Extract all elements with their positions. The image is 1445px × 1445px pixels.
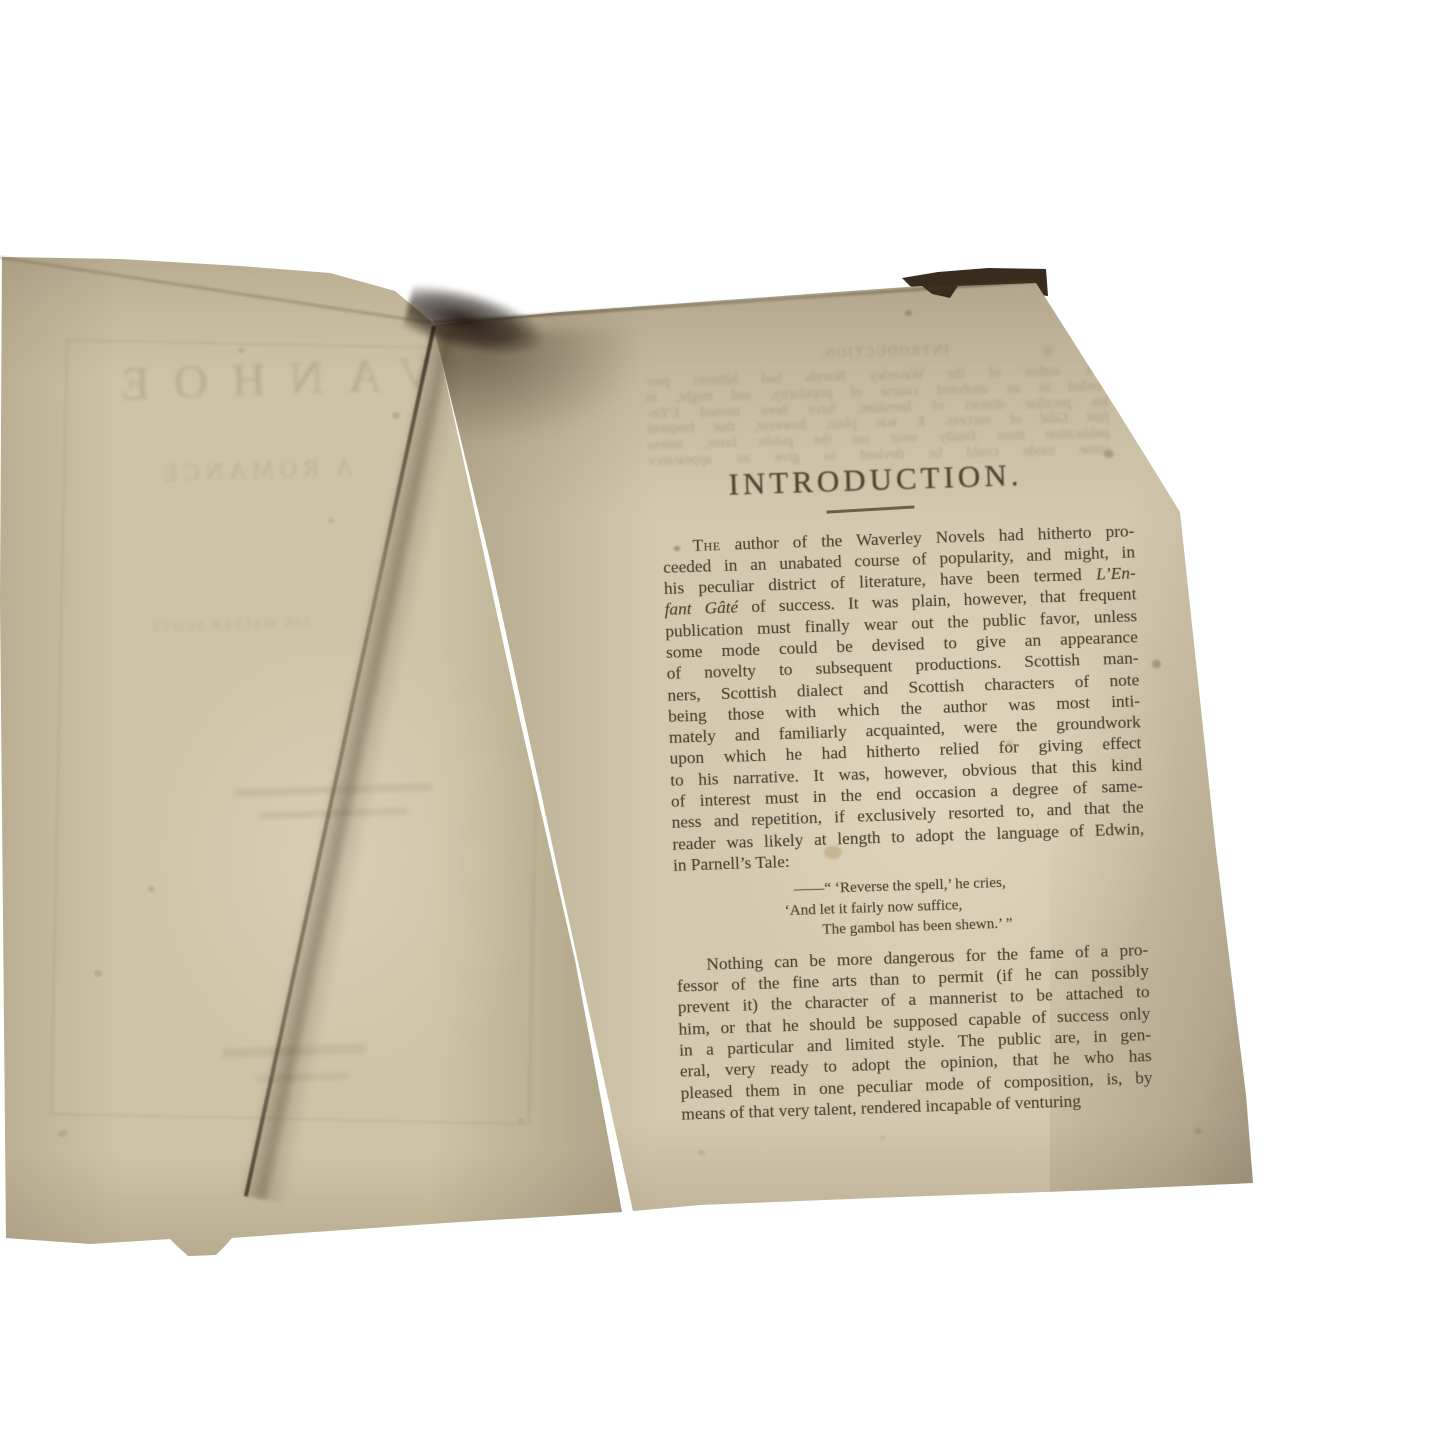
stain	[148, 886, 155, 892]
stain	[328, 518, 334, 523]
stain	[1152, 660, 1161, 668]
stain	[238, 348, 244, 353]
paragraph: Nothing can be more dangerous for the fa…	[676, 939, 1153, 1125]
heading-rule	[826, 505, 914, 513]
stain	[1194, 1128, 1202, 1134]
bleed-through-block: INTRODUCTION. The author of the Waverley…	[645, 338, 1110, 470]
paragraph: The author of the Waverley Novels had hi…	[662, 520, 1145, 876]
bleed-through-page-number	[1043, 346, 1052, 357]
stain	[392, 412, 400, 419]
verse-quote: ——“ ‘Reverse the spell,’ he cries,‘And l…	[674, 868, 1148, 945]
page-shading	[0, 1150, 640, 1260]
stain	[94, 970, 102, 977]
stain	[1104, 450, 1114, 458]
bleed-through-lines: The author of the Waverley Novels had hi…	[646, 363, 1110, 470]
stain	[674, 546, 680, 551]
stain	[698, 1150, 705, 1155]
book-photo: IVANHOE A ROMANCE SIR WALTER SCOTT INTRO…	[0, 0, 1445, 1445]
stain	[1006, 740, 1013, 746]
introduction-text-block: INTRODUCTION. The author of the Waverley…	[660, 454, 1153, 1124]
stain	[880, 1135, 885, 1140]
stain	[760, 980, 765, 984]
stain	[518, 1118, 524, 1123]
bleed-through-running-head: INTRODUCTION.	[645, 338, 1107, 366]
stain	[824, 846, 842, 859]
stain	[58, 1130, 67, 1137]
stain	[905, 310, 912, 316]
